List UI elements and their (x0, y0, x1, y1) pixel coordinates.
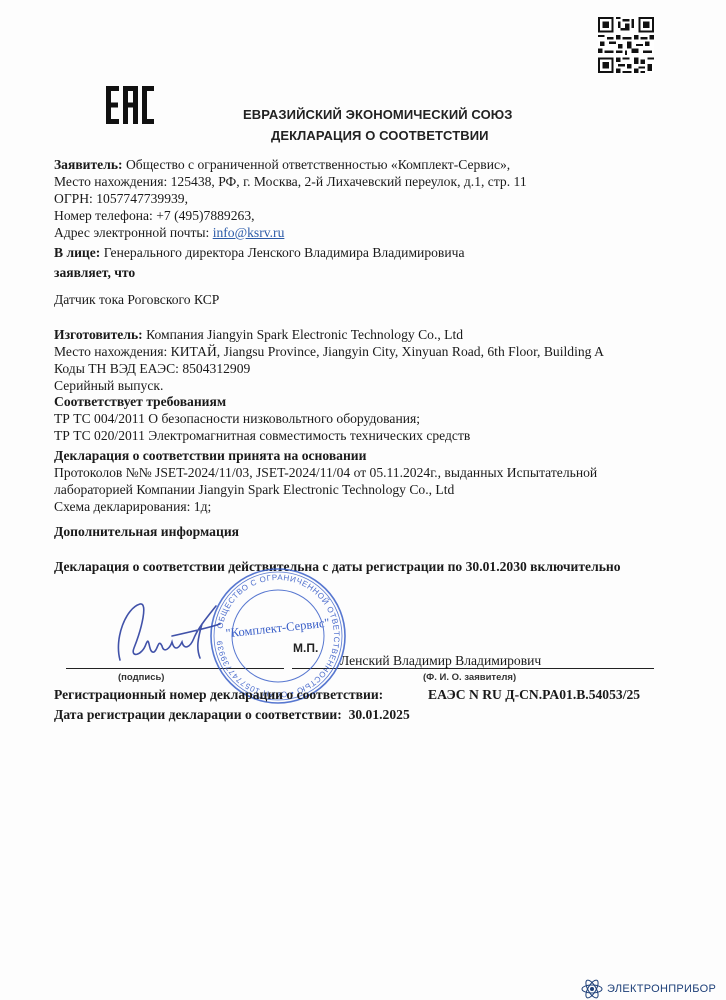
registration-number: ЕАЭС N RU Д-CN.PA01.B.54053/25 (428, 686, 640, 703)
requirements-heading: Соответствует требованиям (54, 393, 226, 410)
document-title: ДЕКЛАРАЦИЯ О СООТВЕТСТВИИ (271, 128, 489, 143)
email-label: Адрес электронной почты: (54, 225, 213, 240)
applicant-name: Общество с ограниченной ответственностью… (126, 157, 510, 172)
manufacturer-line: Изготовитель: Компания Jiangyin Spark El… (54, 326, 463, 343)
additional-info-heading: Дополнительная информация (54, 523, 239, 540)
representative-line: В лице: Генерального директора Ленского … (54, 244, 464, 261)
manufacturer-address: Место нахождения: КИТАЙ, Jiangsu Provinc… (54, 343, 604, 360)
representative-name: Генерального директора Ленского Владимир… (104, 245, 465, 260)
basis-protocols: Протоколов №№ JSET-2024/11/03, JSET-2024… (54, 464, 597, 481)
applicant-label: Заявитель: (54, 157, 123, 172)
manufacturer-name: Компания Jiangyin Spark Electronic Techn… (146, 327, 463, 342)
registration-date: 30.01.2025 (349, 707, 410, 722)
handwritten-signature-icon (112, 598, 222, 668)
signature-caption: (подпись) (118, 672, 164, 683)
basis-heading: Декларация о соответствии принята на осн… (54, 447, 366, 464)
email-link[interactable]: info@ksrv.ru (213, 225, 285, 240)
name-caption: (Ф. И. О. заявителя) (423, 672, 516, 683)
hs-codes: Коды ТН ВЭД ЕАЭС: 8504312909 (54, 360, 250, 377)
product-name: Датчик тока Роговского КСР (54, 291, 219, 308)
applicant-email-line: Адрес электронной почты: info@ksrv.ru (54, 224, 284, 241)
requirement-item: ТР ТС 020/2011 Электромагнитная совмести… (54, 427, 470, 444)
eac-logo-icon (106, 86, 154, 124)
company-stamp-icon: ОБЩЕСТВО С ОГРАНИЧЕННОЙ ОТВЕТСТВЕННОСТЬЮ… (208, 566, 348, 706)
applicant-ogrn: ОГРН: 1057747739939, (54, 190, 188, 207)
atom-logo-icon (581, 979, 603, 999)
applicant-line: Заявитель: Общество с ограниченной ответ… (54, 156, 510, 173)
applicant-address: Место нахождения: 125438, РФ, г. Москва,… (54, 173, 527, 190)
union-heading: ЕВРАЗИЙСКИЙ ЭКОНОМИЧЕСКИЙ СОЮЗ (243, 107, 513, 122)
representative-label: В лице: (54, 245, 100, 260)
brand-name: ЭЛЕКТРОНПРИБОР (607, 983, 716, 995)
registration-date-line: Дата регистрации декларации о соответств… (54, 706, 410, 723)
manufacturer-label: Изготовитель: (54, 327, 143, 342)
applicant-phone: Номер телефона: +7 (495)7889263, (54, 207, 255, 224)
seal-mark: М.П. (293, 641, 318, 655)
signer-name: Ленский Владимир Владимирович (340, 652, 541, 669)
release-type: Серийный выпуск. (54, 377, 163, 394)
requirement-item: ТР ТС 004/2011 О безопасности низковольт… (54, 410, 420, 427)
declares-text: заявляет, что (54, 264, 135, 281)
registration-date-label: Дата регистрации декларации о соответств… (54, 707, 342, 722)
svg-text:"Комплект-Сервис": "Комплект-Сервис" (225, 616, 330, 641)
basis-laboratory: лабораторией Компании Jiangyin Spark Ele… (54, 481, 454, 498)
declaration-scheme: Схема декларирования: 1д; (54, 498, 211, 515)
registration-number-label: Регистрационный номер декларации о соотв… (54, 686, 383, 703)
qr-code-icon (598, 17, 654, 73)
footer-brand: ЭЛЕКТРОНПРИБОР (581, 978, 726, 1000)
